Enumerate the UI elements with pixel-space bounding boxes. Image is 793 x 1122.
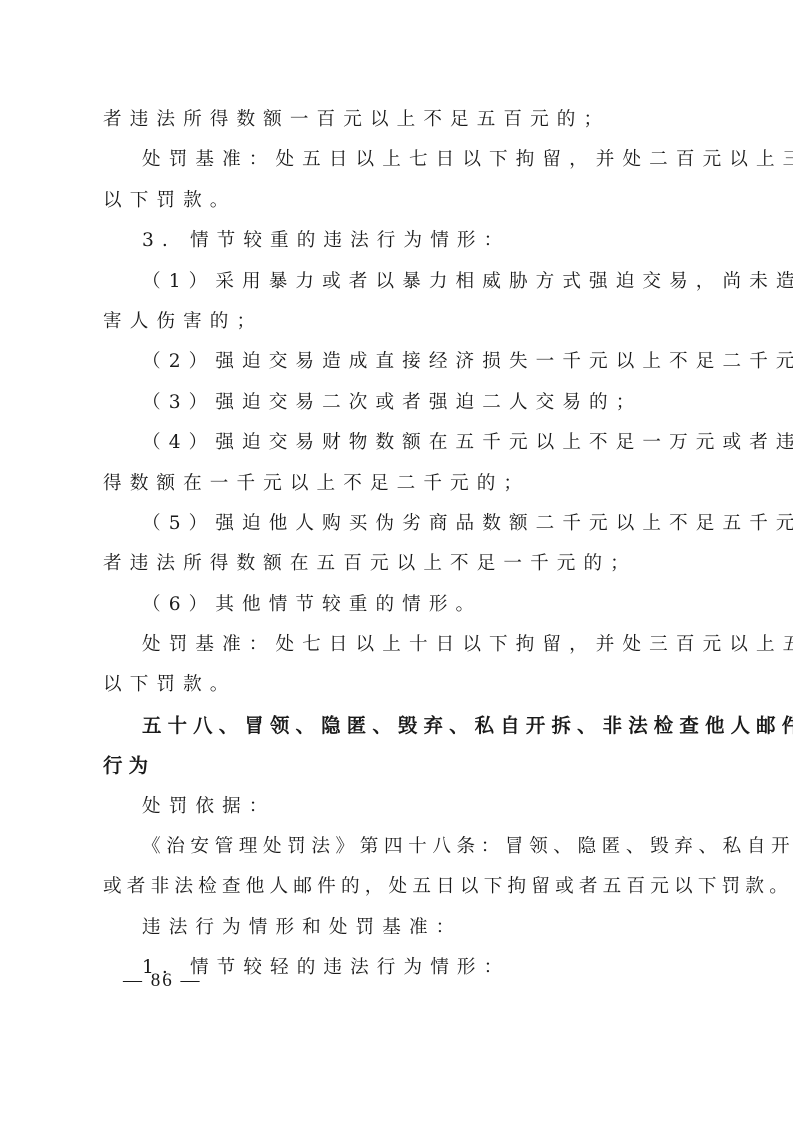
penalty-standard-line: 处罚基准：处五日以上七日以下拘留，并处二百元以上三百元	[103, 140, 693, 180]
text-line: 者违法所得数额在五百元以上不足一千元的；	[103, 544, 693, 584]
list-item: （5）强迫他人购买伪劣商品数额二千元以上不足五千元，或	[103, 504, 693, 544]
law-citation-continued: 或者非法检查他人邮件的，处五日以下拘留或者五百元以下罚款。	[103, 867, 693, 907]
subsection-title: 3. 情节较重的违法行为情形：	[103, 221, 693, 261]
text-line: 以下罚款。	[103, 181, 693, 221]
text-line: 者违法所得数额一百元以上不足五百元的；	[103, 100, 693, 140]
list-item: （3）强迫交易二次或者强迫二人交易的；	[103, 383, 693, 423]
text-line: 以下罚款。	[103, 665, 693, 705]
page-number: — 86 —	[123, 970, 202, 992]
law-citation: 《治安管理处罚法》第四十八条：冒领、隐匿、毁弃、私自开拆	[103, 827, 693, 867]
list-item: （2）强迫交易造成直接经济损失一千元以上不足二千元的；	[103, 342, 693, 382]
text-line: 害人伤害的；	[103, 302, 693, 342]
section-heading: 五十八、冒领、隐匿、毁弃、私自开拆、非法检查他人邮件的	[103, 706, 693, 746]
list-item: （6）其他情节较重的情形。	[103, 585, 693, 625]
penalty-basis-label: 处罚依据：	[103, 787, 693, 827]
text-line: 得数额在一千元以上不足二千元的；	[103, 464, 693, 504]
list-item: （4）强迫交易财物数额在五千元以上不足一万元或者违法所	[103, 423, 693, 463]
penalty-standard-line: 处罚基准：处七日以上十日以下拘留，并处三百元以上五百元	[103, 625, 693, 665]
subsection-label: 违法行为情形和处罚基准：	[103, 908, 693, 948]
document-page: 者违法所得数额一百元以上不足五百元的； 处罚基准：处五日以上七日以下拘留，并处二…	[103, 100, 693, 989]
section-heading-continued: 行为	[103, 746, 693, 786]
list-item: （1）采用暴力或者以暴力相威胁方式强迫交易，尚未造成被	[103, 262, 693, 302]
